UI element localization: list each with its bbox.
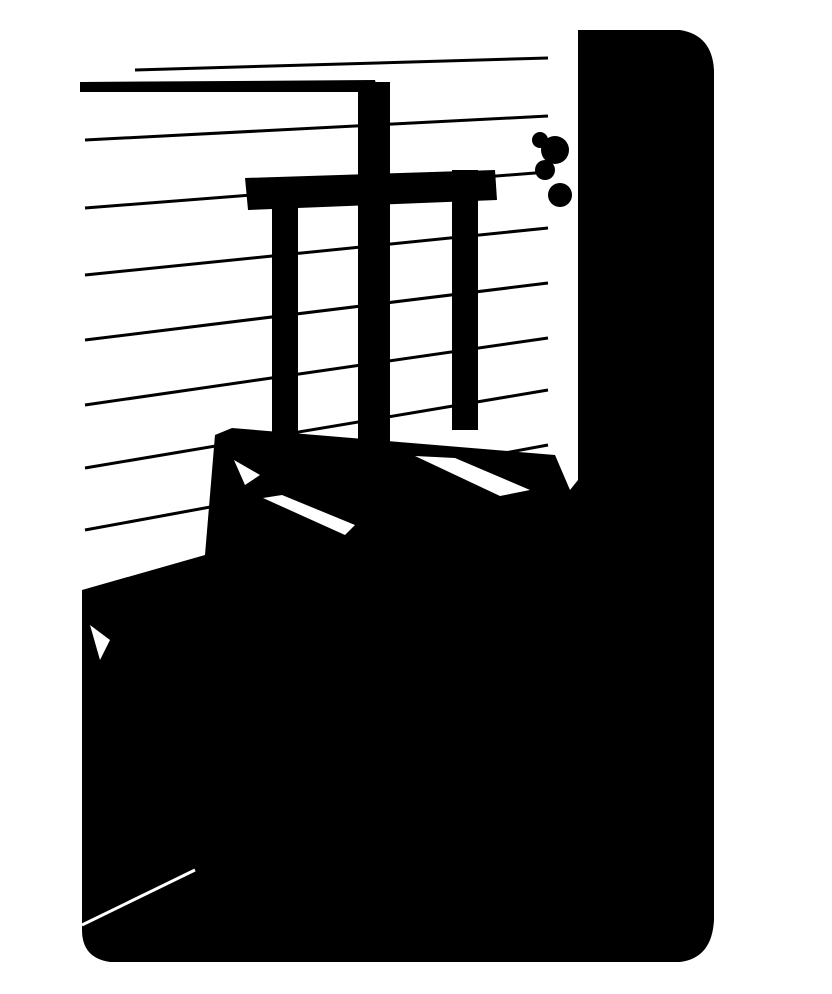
foliage <box>532 132 572 207</box>
top-rail <box>80 80 378 92</box>
photograph <box>0 0 832 994</box>
right-post <box>452 170 478 430</box>
bench <box>82 428 714 962</box>
